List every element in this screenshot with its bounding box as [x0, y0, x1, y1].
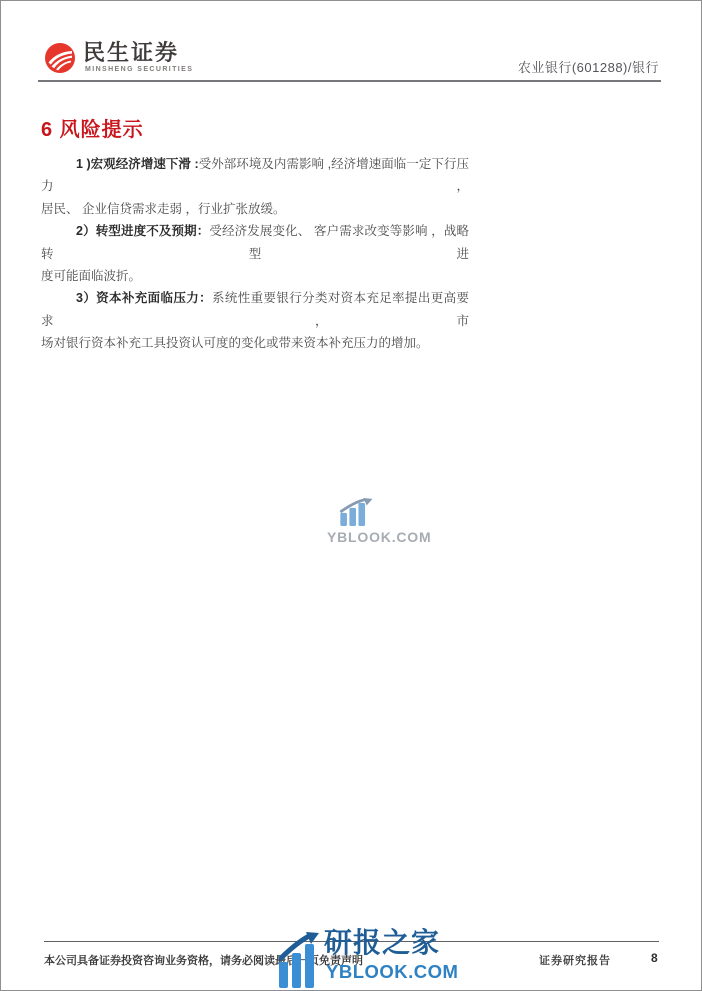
header-divider [38, 80, 661, 82]
watermark-site-name: 研报之家 [324, 925, 440, 961]
body-line: 场对银行资本补充工具投资认可度的变化或带来资本补充压力的增加。 [41, 332, 469, 354]
minsheng-logo-icon [45, 43, 75, 73]
body-line: 1 )宏观经济增速下滑 :受外部环境及内需影响 ,经济增速面临一定下行压力 ， [41, 153, 469, 198]
report-page: 民生证券 MINSHENG SECURITIES 农业银行(601288)/银行… [0, 0, 702, 991]
section-title: 6 风险提示 [41, 113, 144, 142]
body-line: 度可能面临波折。 [41, 265, 469, 287]
body-line: 居民、 企业信贷需求走弱 ，行业扩张放缓。 [41, 198, 469, 220]
brand-name-en: MINSHENG SECURITIES [85, 66, 193, 73]
watermark-middle-text: YBLOOK.COM [327, 529, 431, 545]
footer-doc-type: 证券研究报告 [539, 952, 611, 968]
page-number: 8 [651, 951, 658, 965]
yanbao-chart-icon [339, 498, 373, 526]
yanbao-chart-icon [279, 932, 319, 988]
body-line: 3）资本补充面临压力：系统性重要银行分类对资本充足率提出更高要求 ，市 [41, 287, 469, 332]
watermark-site-url: YBLOOK.COM [326, 961, 458, 983]
watermark-bottom: 研报之家 YBLOOK.COM [279, 928, 439, 990]
body-line: 2）转型进度不及预期：受经济发展变化、 客户需求改变等影响 ，战略转型进 [41, 220, 469, 265]
report-label: 农业银行(601288)/银行 [518, 57, 659, 76]
brand-name-cn: 民生证券 [83, 41, 179, 65]
body-text: 1 )宏观经济增速下滑 :受外部环境及内需影响 ,经济增速面临一定下行压力 ，居… [41, 153, 469, 355]
